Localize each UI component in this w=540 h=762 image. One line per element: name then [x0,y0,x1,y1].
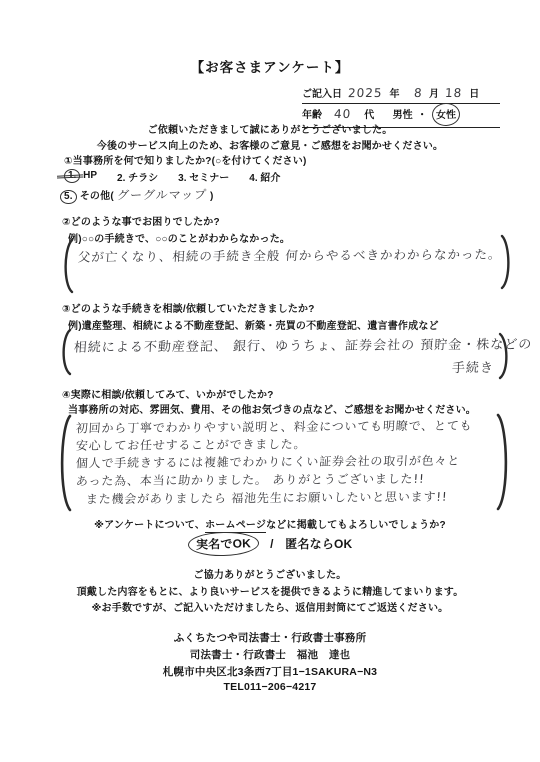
publish-question-prefix: ※アンケートについて、 [94,520,205,531]
day-suffix: 日 [469,89,479,100]
q2-example: 例)○○の手続きで、○○のことがわからなかった。 [68,230,290,245]
q4-handwritten-line-3: 個人で手続きするには複雑でわかりにくい証券会社の取引が色々と [75,452,460,472]
intro-line-1: ご依頼いただきまして誠にありがとうございました。 [0,121,540,136]
q2-handwritten-bracket-right [500,234,514,290]
q4-handwritten-bracket-right [496,413,512,511]
publish-choices: 実名でOK / 匿名ならOK [0,532,540,556]
page-title: 【お客さまアンケート】 [0,56,540,76]
age-unit: 代 [364,110,374,121]
q1-option-2: 2. チラシ [117,169,158,184]
footer-person-name: 司法書士・行政書士 福池 達也 [0,647,540,662]
intro-line-2: 今後のサービス向上のため、お客様のご意見・ご感想をお聞かせください。 [0,137,540,152]
footer-office-name: ふくちたつや司法書士・行政書士事務所 [0,630,540,645]
q3-handwritten-bracket-left [58,328,72,376]
publish-choice-separator: / [270,537,274,551]
q3-handwritten-answer-line-1: 相続による不動産登記、 銀行、ゆうちょ、証券会社の 預貯金・株などの [73,333,533,355]
q1-option-1: 1. HP [64,169,97,184]
date-year-handwritten: 2025 [346,86,385,100]
q1-heading: ①当事務所を何で知りましたか?(○を付けてください) [64,152,306,167]
date-month-handwritten: 8 [411,86,425,100]
publish-real-name-option: 実名でOK [195,536,250,551]
year-suffix: 年 [389,89,399,100]
closing-line-1: ご協力ありがとうございました。 [0,566,540,581]
q2-handwritten-bracket-left [60,238,74,294]
q3-heading: ③どのような手続きを相談/依頼していただきましたか? [62,300,315,315]
publish-real-name-circle-mark: 実名でOK [187,531,259,557]
q1-option-5-close: ) [210,191,214,202]
q1-option-3: 3. セミナー [178,169,229,184]
age-value-handwritten: 40 [332,107,354,121]
closing-line-2: 頂戴した内容をもとに、より良いサービスを提供できるように精進してまいります。 [0,583,540,598]
gender-separator: ・ [417,110,427,121]
closing-line-3: ※お手数ですが、ご記入いただけましたら、返信用封筒にてご返送ください。 [0,599,540,614]
q1-option-1-circled-crossed-mark: 1. [64,169,80,183]
date-fill-line: ご記入日 2025 年 8 月 18 日 [302,84,500,104]
q3-handwritten-answer-line-2: 手続き [451,357,494,376]
footer-telephone: TEL011−206−4217 [0,681,540,693]
age-label: 年齢 [302,110,322,121]
publish-question-suffix: などに掲載してもよろしいでしょうか? [266,520,446,531]
survey-document: 【お客さまアンケート】 ご記入日 2025 年 8 月 18 日 年齢 40 代… [0,0,540,762]
publish-anonymous-option: 匿名ならOK [285,537,352,551]
date-day-handwritten: 18 [443,86,465,100]
q4-handwritten-line-2: 安心してお任せすることができました。 [75,435,307,454]
q1-option-5-circle-mark: 5. [60,190,77,204]
q2-heading: ②どのような事でお困りでしたか? [62,213,220,228]
gender-male-label: 男性 [393,110,413,121]
q2-handwritten-answer: 父が亡くなり、相続の手続き全般 何からやるべきかわからなかった。 [77,245,502,266]
date-label: ご記入日 [302,89,342,100]
gender-female-label: 女性 [435,110,455,122]
q4-heading: ④実際に相談/依頼してみて、いかがでしたか? [62,386,274,401]
q4-handwritten-bracket-left [56,414,72,512]
q4-handwritten-line-1: 初回から丁寧でわかりやすい説明と、料金についても明瞭で、とても [75,417,473,437]
footer-address: 札幌市中央区北3条西7丁目1−1SAKURA−N3 [0,664,540,679]
publish-question: ※アンケートについて、ホームページなどに掲載してもよろしいでしょうか? [0,516,540,531]
q3-example: 例)遺産整理、相続による不動産登記、新築・売買の不動産登記、遺言書作成など [68,317,439,332]
q1-option-5-handwritten-answer: グーグルマップ [116,186,207,204]
q1-options-row: 1. HP 2. チラシ 3. セミナー 4. 紹介 [64,169,280,184]
q3-handwritten-bracket-right [498,332,512,380]
q1-option-4: 4. 紹介 [249,169,280,184]
q4-handwritten-line-4: あった為、本当に助かりました。 ありがとうございました!! [75,470,425,489]
month-suffix: 月 [429,89,439,100]
q4-sub-heading: 当事務所の対応、雰囲気、費用、その他お気づきの点など、ご感想をお聞かせください。 [68,401,476,416]
q4-handwritten-line-5: また機会がありましたら 福池先生にお願いしたいと思います!! [85,488,448,508]
q1-option-5: 5. その他( グーグルマップ ) [60,186,214,204]
q1-option-5-label: その他( [80,191,114,202]
